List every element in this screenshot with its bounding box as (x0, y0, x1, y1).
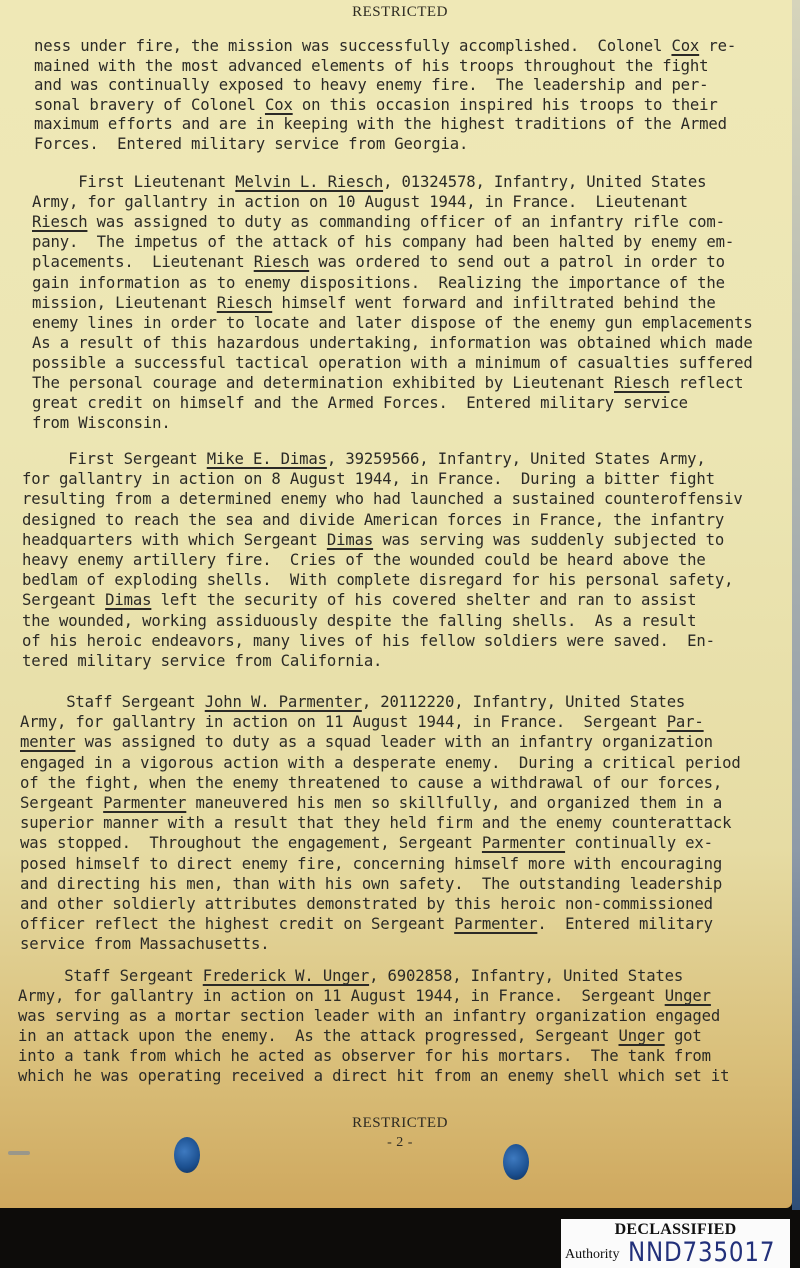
declassified-stamp: DECLASSIFIED Authority NND735017 (561, 1219, 790, 1268)
text-line: possible a successful tactical operation… (32, 353, 753, 373)
underlined-name: Cox (265, 96, 293, 114)
underlined-name: Unger (665, 987, 711, 1005)
text-line: was serving as a mortar section leader w… (18, 1006, 720, 1026)
text-line: in an attack upon the enemy. As the atta… (18, 1026, 702, 1046)
text-line: maximum efforts and are in keeping with … (34, 114, 727, 134)
text-line: and other soldierly attributes demonstra… (20, 894, 713, 914)
underlined-name: Unger (619, 1027, 665, 1045)
text-line: Forces. Entered military service from Ge… (34, 134, 468, 154)
text-line: pany. The impetus of the attack of his c… (32, 232, 734, 252)
text-line: headquarters with which Sergeant Dimas w… (22, 530, 724, 550)
text-line: superior manner with a result that they … (20, 813, 731, 833)
text-line: resulting from a determined enemy who ha… (22, 489, 743, 509)
underlined-name: Parmenter (103, 794, 186, 812)
text-line: which he was operating received a direct… (18, 1066, 729, 1086)
text-line: of the fight, when the enemy threatened … (20, 773, 722, 793)
text-line: officer reflect the highest credit on Se… (20, 914, 713, 934)
underlined-name: Riesch (614, 374, 669, 392)
text-line: posed himself to direct enemy fire, conc… (20, 854, 722, 874)
underlined-name: Dimas (327, 531, 373, 549)
text-line: the wounded, working assiduously despite… (22, 611, 696, 631)
text-line: Sergeant Dimas left the security of his … (22, 590, 696, 610)
header-classification: RESTRICTED (0, 4, 800, 21)
underlined-name: Melvin L. Riesch (235, 173, 383, 191)
text-line: mission, Lieutenant Riesch himself went … (32, 293, 716, 313)
text-line: for gallantry in action on 8 August 1944… (22, 469, 715, 489)
text-line: mained with the most advanced elements o… (34, 56, 708, 76)
underlined-name: Dimas (105, 591, 151, 609)
page-number: - 2 - (0, 1135, 800, 1151)
text-line: enemy lines in order to locate and later… (32, 313, 753, 333)
text-line: Army, for gallantry in action on 11 Augu… (20, 712, 704, 732)
text-line: tered military service from California. (22, 651, 382, 671)
text-line: was stopped. Throughout the engagement, … (20, 833, 713, 853)
footer-classification: RESTRICTED (0, 1115, 800, 1132)
underlined-name: Riesch (254, 253, 309, 271)
text-line: ness under fire, the mission was success… (34, 36, 736, 56)
underlined-name: Parmenter (454, 915, 537, 933)
text-line: Sergeant Parmenter maneuvered his men so… (20, 793, 722, 813)
underlined-name: Frederick W. Unger (203, 967, 369, 985)
text-line: Staff Sergeant John W. Parmenter, 201122… (20, 692, 685, 712)
text-line: Riesch was assigned to duty as commandin… (32, 212, 725, 232)
text-line: of his heroic endeavors, many lives of h… (22, 631, 715, 651)
stamp-authority-value: NND735017 (628, 1237, 775, 1268)
text-line: and directing his men, than with his own… (20, 874, 722, 894)
text-line: As a result of this hazardous undertakin… (32, 333, 753, 353)
stamp-authority-label: Authority (565, 1247, 619, 1263)
underlined-name: John W. Parmenter (205, 693, 362, 711)
text-line: service from Massachusetts. (20, 934, 269, 954)
text-line: great credit on himself and the Armed Fo… (32, 393, 688, 413)
text-line: and was continually exposed to heavy ene… (34, 75, 708, 95)
text-line: The personal courage and determination e… (32, 373, 743, 393)
text-line: bedlam of exploding shells. With complet… (22, 570, 733, 590)
text-line: Army, for gallantry in action on 10 Augu… (32, 192, 688, 212)
page-edge (792, 0, 800, 1210)
text-line: First Sergeant Mike E. Dimas, 39259566, … (22, 449, 706, 469)
text-line: designed to reach the sea and divide Ame… (22, 510, 724, 530)
text-line: First Lieutenant Melvin L. Riesch, 01324… (32, 172, 706, 192)
text-line: menter was assigned to duty as a squad l… (20, 732, 713, 752)
text-line: heavy enemy artillery fire. Cries of the… (22, 550, 706, 570)
underlined-name: Par- (667, 713, 704, 731)
text-line: Staff Sergeant Frederick W. Unger, 69028… (18, 966, 683, 986)
text-line: sonal bravery of Colonel Cox on this occ… (34, 95, 718, 115)
underlined-name: Riesch (217, 294, 272, 312)
text-line: placements. Lieutenant Riesch was ordere… (32, 252, 725, 272)
text-line: into a tank from which he acted as obser… (18, 1046, 711, 1066)
text-line: gain information as to enemy disposition… (32, 273, 725, 293)
underlined-name: Parmenter (482, 834, 565, 852)
underlined-name: Cox (671, 37, 699, 55)
underlined-name: menter (20, 733, 75, 751)
text-line: Army, for gallantry in action on 11 Augu… (18, 986, 711, 1006)
text-line: from Wisconsin. (32, 413, 171, 433)
underlined-name: Riesch (32, 213, 87, 231)
staple-mark (8, 1151, 30, 1155)
underlined-name: Mike E. Dimas (207, 450, 327, 468)
text-line: engaged in a vigorous action with a desp… (20, 753, 741, 773)
